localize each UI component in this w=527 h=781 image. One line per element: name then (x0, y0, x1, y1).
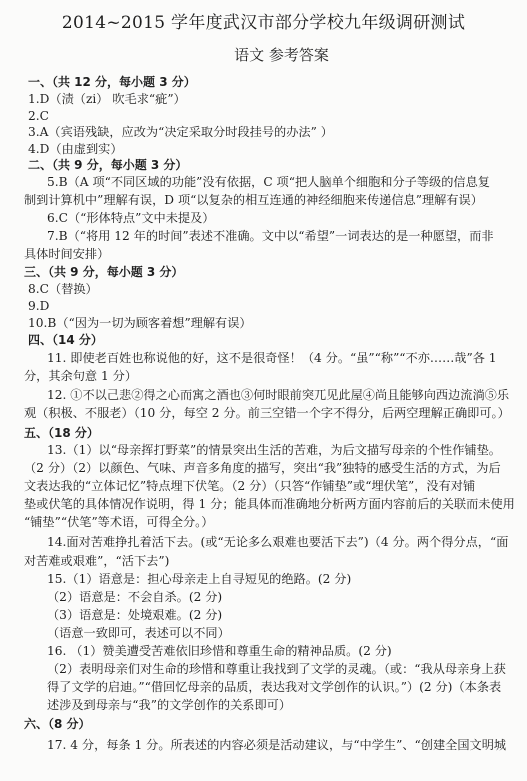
answer-line: （3）语意是：处境艰难。(2 分) (47, 607, 222, 623)
answer-line: （2）表明母亲们对生命的珍惜和尊重让我找到了文学的灵魂。（或：“我从母亲身上获 (47, 661, 506, 677)
answer-line: 对苦难或艰难”，“活下去”) (24, 553, 169, 569)
answer-line: 具体时间安排） (24, 246, 109, 262)
answer-line: 分，其余句意 1 分） (24, 368, 137, 384)
answer-line: 制到计算机中”理解有误，D 项“以复杂的相互连通的神经细胞来传递信息”理解有误） (24, 192, 483, 208)
answer-line: 14.面对苦难挣扎着活下去。(或“无论多么艰难也要活下去”)（4 分。两个得分点… (47, 534, 508, 550)
answer-line: 8.C（替换） (28, 281, 98, 297)
section-heading: 二、（共 9 分，每小题 3 分） (28, 157, 187, 173)
answer-line: 1.D（渍（zi） 吹毛求“疵”） (28, 91, 186, 107)
answer-line: 文表达我的“立体记忆”特点埋下伏笔。（2 分）（只答“作铺垫”或“埋伏笔”，没有… (24, 478, 475, 494)
document-subtitle: 语文 参考答案 (18, 44, 527, 65)
answer-line: 述涉及到母亲与“我”的文学创作的关系即可） (47, 697, 291, 713)
answer-line: 10.B（“因为一切为顾客着想”理解有误） (28, 315, 252, 331)
answer-line: 得了文学的启迪。”“借回忆母亲的品质，表达我对文学创作的认识。”）(2 分)（本… (47, 679, 501, 695)
answer-line: 6.C（“形体特点”文中未提及） (47, 210, 214, 226)
answer-line: 垫或伏笔的具体情况作说明，得 1 分；能具体而准确地分析两方面内容前后的关联而未… (24, 496, 515, 512)
answer-line: 17. 4 分，每条 1 分。所表述的内容必须是活动建议，与“中学生”、“创建全… (47, 737, 506, 753)
answer-line: 13.（1）以“母亲挥打野菜”的情景突出生活的苦难，为后文描写母亲的个性作铺垫。 (47, 442, 501, 458)
answer-line: 16. （1）赞美遭受苦难依旧珍惜和尊重生命的精神品质。(2 分) (47, 643, 392, 659)
answer-line: （2 分）（2）以颜色、气味、声音多角度的描写，突出“我”独特的感受生活的方式，… (24, 460, 501, 476)
answer-line: “铺垫”“伏笔”等术语，可得全分。） (24, 514, 213, 530)
section-heading: 一、（共 12 分，每小题 3 分） (28, 74, 196, 90)
answer-line: （2）语意是：不会自杀。(2 分) (47, 589, 222, 605)
answer-line: 4.D（由虚到实） (28, 141, 123, 157)
answer-line: 观（积极、不服老）（10 分，每空 2 分。前三空错一个字不得分，后两空理解正确… (24, 405, 510, 421)
section-heading: 六、（8 分） (24, 716, 91, 732)
answer-line: （语意一致即可，表述可以不同） (47, 625, 230, 641)
section-heading: 三、（共 9 分，每小题 3 分） (24, 264, 183, 280)
answer-line: 12. ①不以己悲②得之心而寓之酒也③何时眼前突兀见此屋④尚且能够向西边流淌⑤乐 (47, 387, 509, 403)
answer-line: 3.A（宾语残缺，应改为“决定采取分时段挂号的办法” ） (28, 124, 333, 140)
section-heading: 五、（18 分） (24, 425, 99, 441)
answer-line: 5.B（A 项“不同区域的功能”没有依据，C 项“把人脑单个细胞和分子等级的信息… (47, 174, 490, 190)
answer-line: 11. 即使老百姓也称说他的好，这不是很奇怪！（4 分。“虽”“称”“不亦……哉… (47, 350, 497, 366)
answer-line: 15.（1）语意是：担心母亲走上自寻短见的绝路。(2 分) (47, 571, 351, 587)
document-title: 2014~2015 学年度武汉市部分学校九年级调研测试 (0, 8, 527, 33)
answer-line: 2.C (28, 108, 49, 124)
answer-line: 7.B（“将用 12 年的时间”表述不准确。文中以“希望”一词表达的是一种愿望，… (47, 228, 494, 244)
section-heading: 四、（14 分） (28, 332, 103, 348)
answer-line: 9.D (28, 298, 49, 314)
